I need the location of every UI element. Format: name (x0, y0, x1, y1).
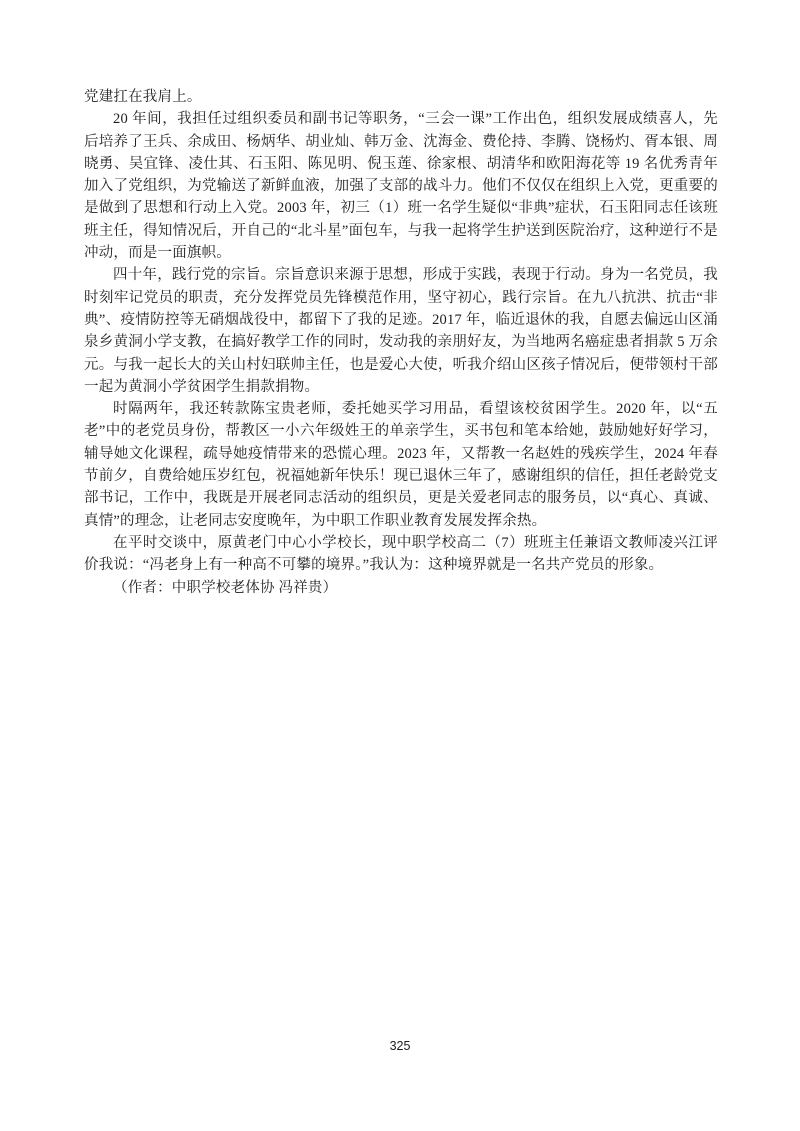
page-number: 325 (0, 1039, 800, 1053)
paragraph: 在平时交谈中，原黄老门中心小学校长，现中职学校高二（7）班班主任兼语文教师凌兴江… (84, 532, 718, 577)
document-body: 党建扛在我肩上。 20 年间，我担任过组织委员和副书记等职务，“三会一课”工作出… (84, 86, 718, 599)
document-page: 党建扛在我肩上。 20 年间，我担任过组织委员和副书记等职务，“三会一课”工作出… (0, 0, 800, 1131)
paragraph: 时隔两年，我还转款陈宝贵老师，委托她买学习用品，看望该校贫困学生。2020 年，… (84, 398, 718, 532)
paragraph: 四十年，践行党的宗旨。宗旨意识来源于思想，形成于实践，表现于行动。身为一名党员，… (84, 264, 718, 398)
paragraph: 党建扛在我肩上。 (84, 86, 718, 108)
author-line: （作者：中职学校老体协 冯祥贵） (84, 577, 718, 599)
paragraph: 20 年间，我担任过组织委员和副书记等职务，“三会一课”工作出色，组织发展成绩喜… (84, 108, 718, 264)
